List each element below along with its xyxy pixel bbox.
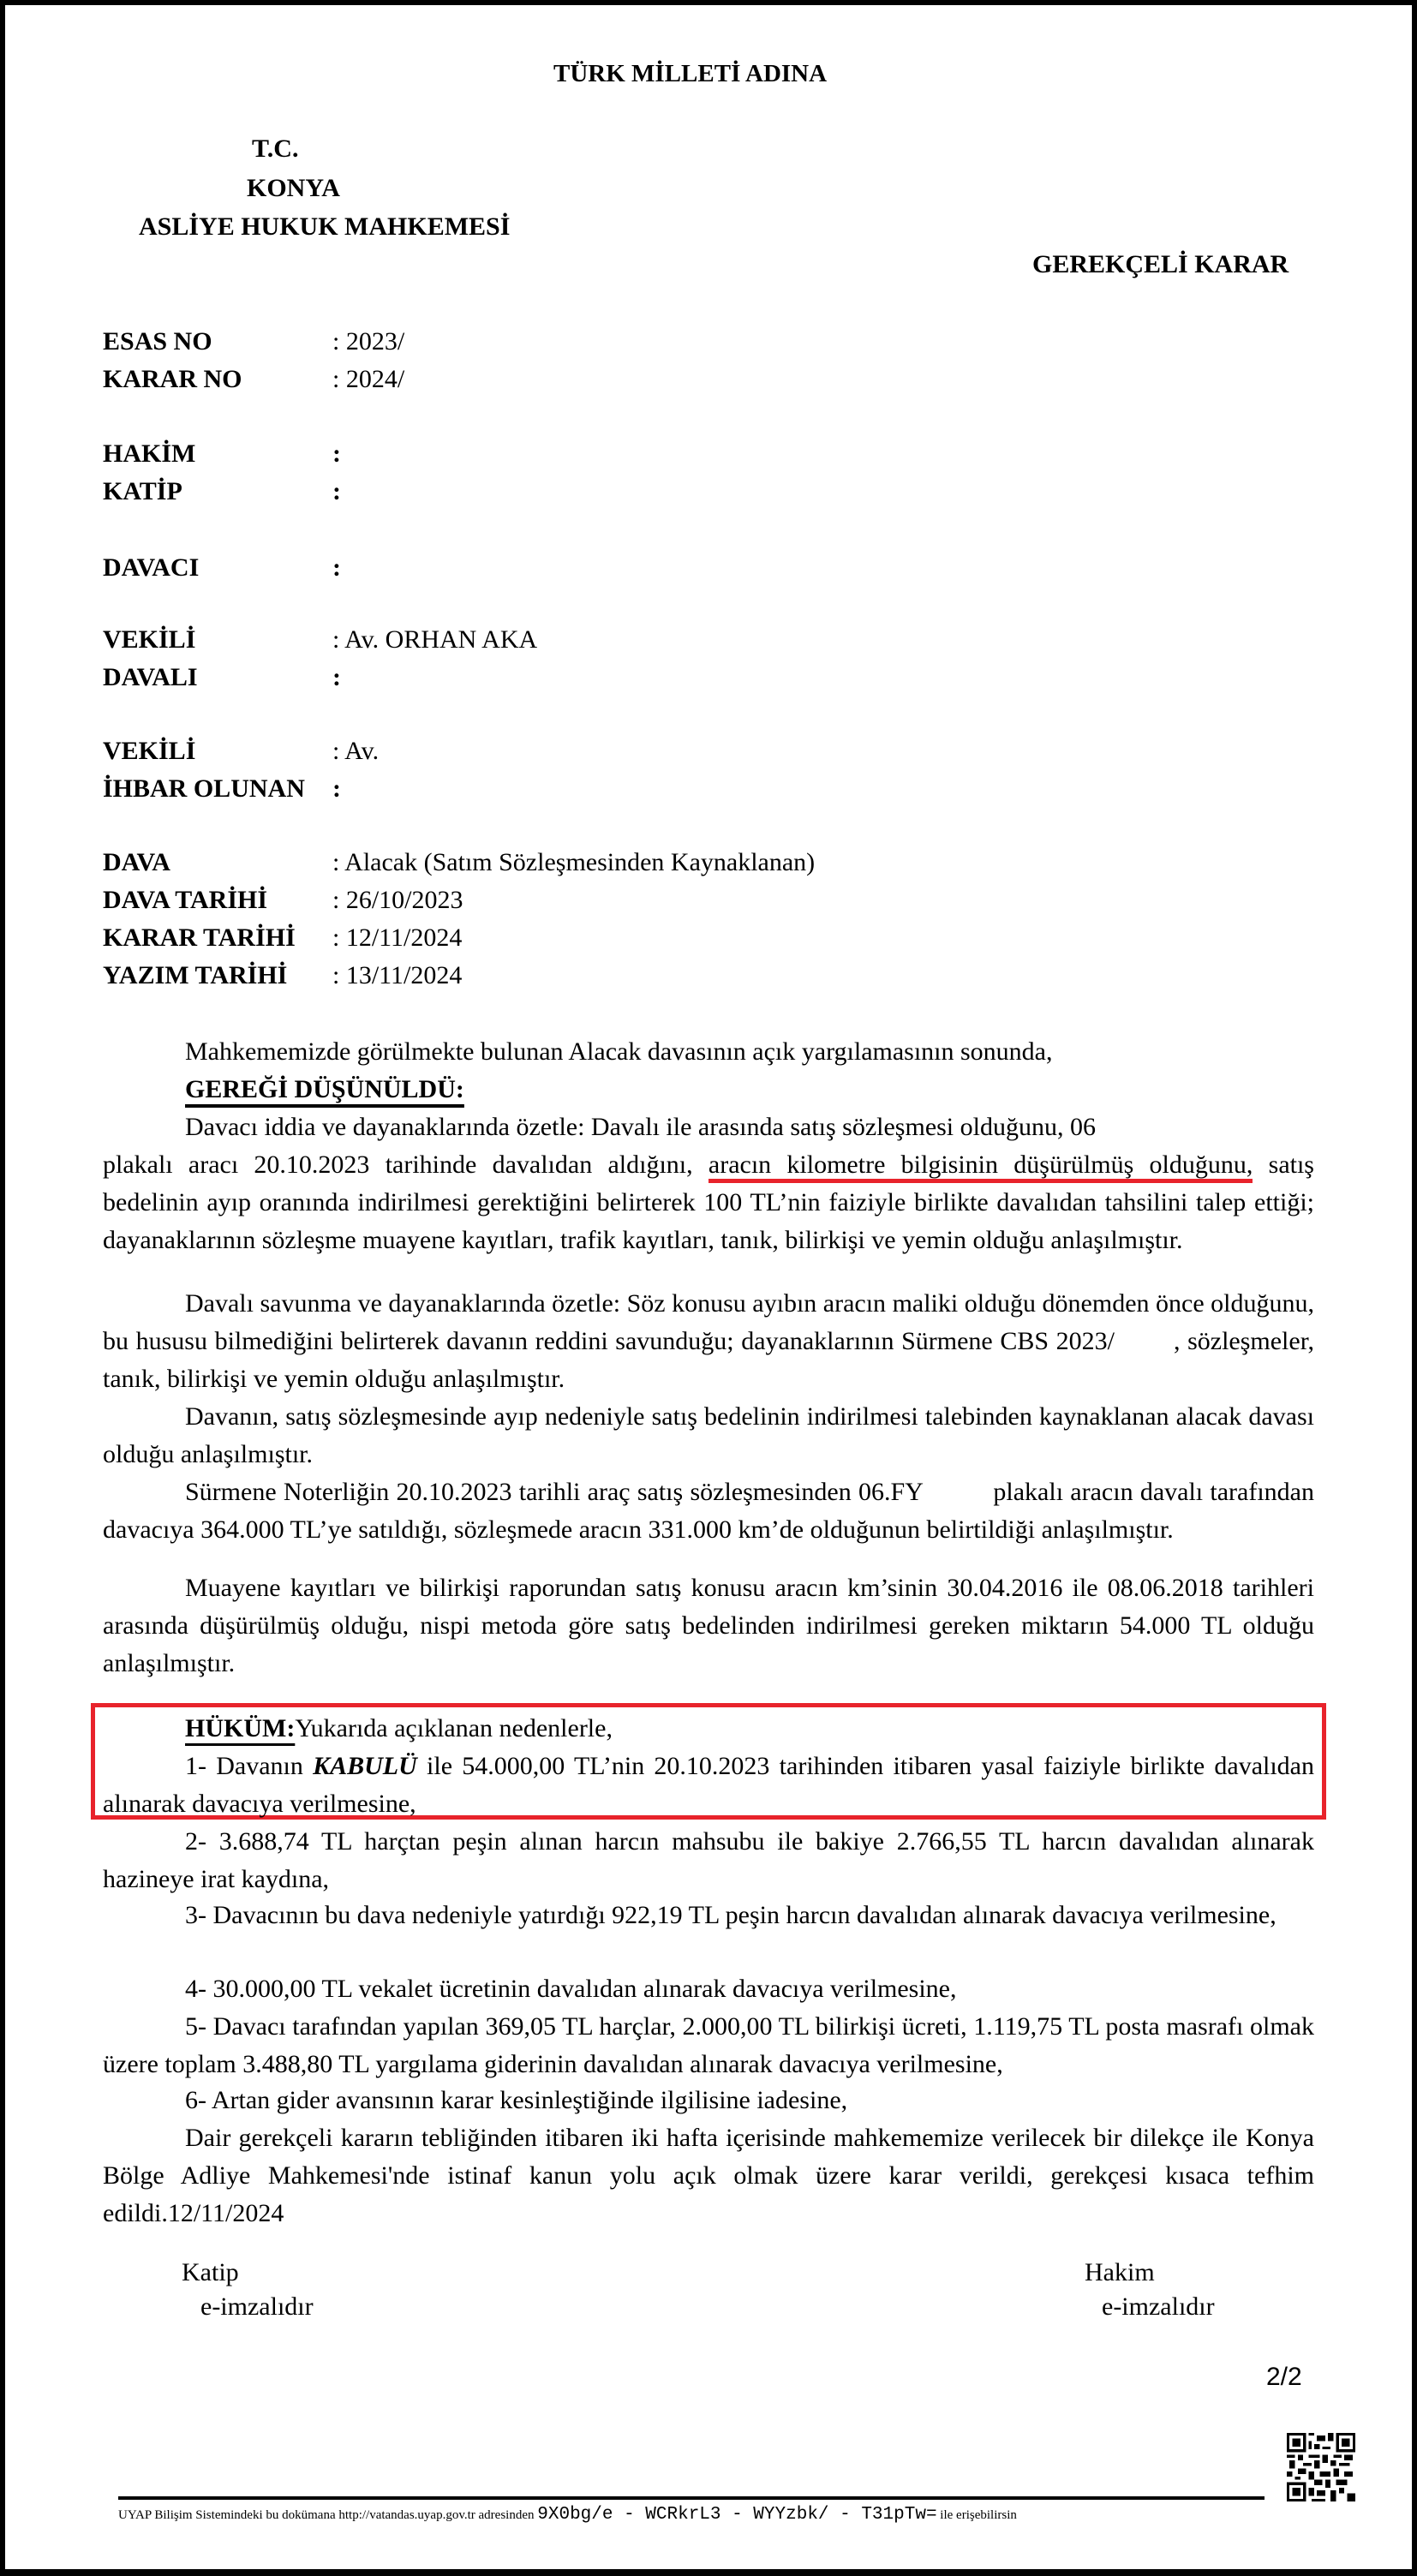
section-heading-reasoning: GEREĞİ DÜŞÜNÜLDÜ: [185, 1075, 464, 1103]
verdict-closing: Dair gerekçeli kararın tebliğinden itiba… [103, 2119, 1314, 2232]
verdict-item-4: 4- 30.000,00 TL vekalet ücretinin davalı… [103, 1970, 1314, 2008]
verdict-item-3: 3- Davacının bu dava nedeniyle yatırdığı… [103, 1897, 1314, 1934]
footer-prefix: UYAP Bilişim Sistemindeki bu dokümana ht… [118, 2508, 537, 2522]
case-info-value: : 12/11/2024 [332, 923, 462, 953]
qr-code-icon [1287, 2433, 1355, 2501]
case-info-value: : [332, 774, 341, 804]
paragraph-plaintiff-claim: Davacı iddia ve dayanaklarında özetle: D… [103, 1109, 1314, 1259]
paragraph-text: 3- Davacının bu dava nedeniyle yatırdığı… [185, 1901, 1276, 1929]
document-type: GEREKÇELİ KARAR [1032, 250, 1288, 279]
verdict-heading: HÜKÜM: [185, 1714, 295, 1742]
case-info-value: : [332, 439, 341, 469]
paragraph-text: 4- 30.000,00 TL vekalet ücretinin davalı… [185, 1975, 957, 2003]
city-name: KONYA [247, 174, 340, 203]
paragraph-text: 2- 3.688,74 TL harçtan peşin alınan harc… [103, 1827, 1314, 1893]
case-info-label: DAVACI [103, 553, 199, 583]
judge-title: Hakim [1085, 2258, 1155, 2287]
paragraph-text: Dair gerekçeli kararın tebliğinden itiba… [103, 2124, 1314, 2227]
case-info-value: : 26/10/2023 [332, 886, 463, 915]
verdict-item-1: 1- Davanın KABULÜ ile 54.000,00 TL’nin 2… [103, 1748, 1314, 1823]
page-number: 2/2 [1266, 2363, 1302, 2392]
nation-title: TÜRK MİLLETİ ADINA [553, 60, 827, 88]
case-info-value: : 13/11/2024 [332, 961, 462, 990]
case-info-value: : 2023/ [332, 327, 404, 356]
paragraph-text: Davalı savunma ve dayanaklarında özetle:… [103, 1289, 1321, 1393]
paragraph-case-nature: Davanın, satış sözleşmesinde ayıp nedeni… [103, 1398, 1314, 1473]
judge-signature-status: e-imzalıdır [1102, 2292, 1215, 2322]
clerk-signature-status: e-imzalıdır [200, 2292, 314, 2322]
case-info-label: VEKİLİ [103, 625, 195, 654]
paragraph-text: plakalı aracı 20.10.2023 tarihinde daval… [103, 1151, 708, 1179]
case-info-value: : Av. [332, 737, 379, 766]
case-info-label: İHBAR OLUNAN [103, 774, 305, 804]
court-name: ASLİYE HUKUK MAHKEMESİ [139, 212, 510, 242]
case-info-label: KARAR NO [103, 365, 242, 394]
case-info-label: ESAS NO [103, 327, 212, 356]
paragraph-text: Sürmene Noterliğin 20.10.2023 tarihli ar… [103, 1478, 1321, 1544]
paragraph-text: Davacı iddia ve dayanaklarında özetle: D… [185, 1113, 1096, 1141]
case-info-value: : Alacak (Satım Sözleşmesinden Kaynaklan… [332, 848, 815, 877]
verdict-item-6: 6- Artan gider avansının karar kesinleşt… [103, 2082, 1314, 2119]
case-info-value: : 2024/ [332, 365, 404, 394]
case-info-label: DAVA [103, 848, 170, 877]
case-info-label: YAZIM TARİHİ [103, 961, 287, 990]
case-info-value: : [332, 553, 341, 583]
document-access-code: 9X0bg/e - WCRkrL3 - WYYzbk/ - T31pTw= [537, 2505, 936, 2525]
case-info-value: : [332, 663, 341, 692]
paragraph-notary-contract: Sürmene Noterliğin 20.10.2023 tarihli ar… [103, 1473, 1314, 1549]
case-info-label: KATİP [103, 477, 182, 506]
footer-divider [118, 2496, 1265, 2500]
case-info-value: : [332, 477, 341, 506]
paragraph-text: Muayene kayıtları ve bilirkişi raporunda… [103, 1574, 1314, 1677]
paragraph-text: 1- Davanın [185, 1752, 313, 1780]
case-info-label: VEKİLİ [103, 737, 195, 766]
verdict-item-2: 2- 3.688,74 TL harçtan peşin alınan harc… [103, 1823, 1314, 1898]
tc-label: T.C. [252, 134, 298, 164]
intro-text: Mahkememizde görülmekte bulunan Alacak d… [185, 1033, 1053, 1071]
verdict-intro: Yukarıda açıklanan nedenlerle, [295, 1714, 613, 1742]
case-info-label: KARAR TARİHİ [103, 923, 296, 953]
footer-suffix: ile erişebilirsin [937, 2508, 1017, 2522]
case-info-label: HAKİM [103, 439, 195, 469]
highlighted-phrase: aracın kilometre bilgisinin düşürülmüş o… [708, 1151, 1253, 1183]
case-info-label: DAVA TARİHİ [103, 886, 267, 915]
case-info-value: : Av. ORHAN AKA [332, 625, 537, 654]
paragraph-defense: Davalı savunma ve dayanaklarında özetle:… [103, 1285, 1314, 1398]
paragraph-expert-report: Muayene kayıtları ve bilirkişi raporunda… [103, 1569, 1314, 1682]
verdict-item-5: 5- Davacı tarafından yapılan 369,05 TL h… [103, 2008, 1314, 2083]
footer-access-note: UYAP Bilişim Sistemindeki bu dokümana ht… [118, 2505, 1017, 2525]
paragraph-text: 5- Davacı tarafından yapılan 369,05 TL h… [103, 2012, 1314, 2078]
paragraph-text: 6- Artan gider avansının karar kesinleşt… [185, 2086, 847, 2114]
paragraph-text: Davanın, satış sözleşmesinde ayıp nedeni… [103, 1402, 1314, 1468]
case-info-label: DAVALI [103, 663, 198, 692]
clerk-title: Katip [182, 2258, 239, 2287]
acceptance-keyword: KABULÜ [313, 1752, 417, 1780]
